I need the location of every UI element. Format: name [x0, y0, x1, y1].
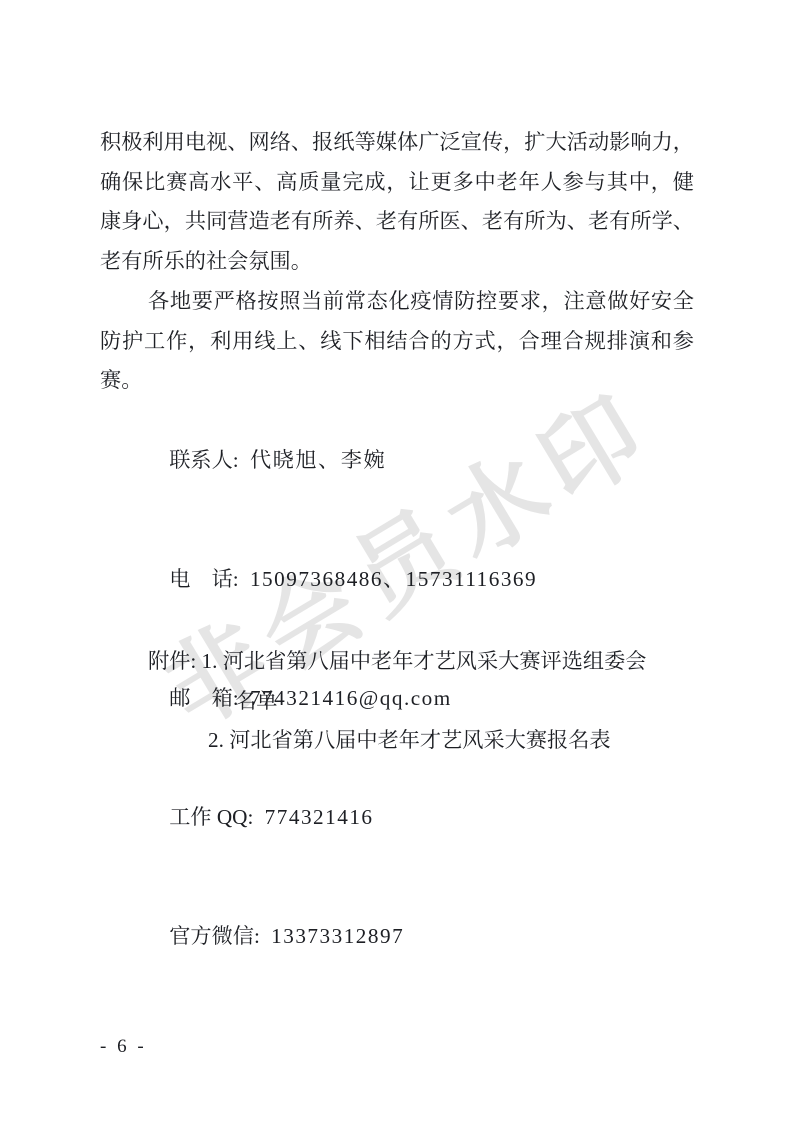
document-body: 积极利用电视、网络、报纸等媒体广泛宣传，扩大活动影响力， 确保比赛高水平、高质量…	[100, 123, 694, 996]
attachment-item-1-continued: 名单	[100, 682, 740, 722]
contact-qq: 工作 QQ: 774321416	[100, 758, 694, 877]
contact-person: 联系人: 代晓旭、李婉	[100, 401, 694, 520]
contact-phone: 电 话: 15097368486、15731116369	[100, 520, 694, 639]
paragraph2-line2: 防护工作，利用线上、线下相结合的方式，合理合规排演和参	[100, 322, 694, 362]
attachments-block: 附件: 1. 河北省第八届中老年才艺风采大赛评选组委会 名单 2. 河北省第八届…	[100, 642, 740, 761]
paragraph2-line3: 赛。	[100, 361, 694, 401]
contact-wechat-label: 官方微信:	[169, 924, 265, 948]
attachment-item-1: 附件: 1. 河北省第八届中老年才艺风采大赛评选组委会	[100, 642, 740, 682]
paragraph1-line4: 老有所乐的社会氛围。	[100, 242, 694, 282]
contact-person-label: 联系人:	[169, 448, 244, 472]
contact-qq-value: 774321416	[265, 805, 374, 829]
contact-wechat-value: 13373312897	[271, 924, 404, 948]
contact-phone-value: 15097368486、15731116369	[250, 567, 537, 591]
paragraph1-line1: 积极利用电视、网络、报纸等媒体广泛宣传，扩大活动影响力，	[100, 123, 694, 163]
contact-wechat: 官方微信: 13373312897	[100, 877, 694, 996]
paragraph2-line1: 各地要严格按照当前常态化疫情防控要求，注意做好安全	[100, 282, 694, 322]
paragraph1-line3: 康身心，共同营造老有所养、老有所医、老有所为、老有所学、	[100, 202, 694, 242]
paragraph1-line2: 确保比赛高水平、高质量完成，让更多中老年人参与其中，健	[100, 163, 694, 203]
contact-phone-label: 电 话:	[169, 567, 244, 591]
contact-person-value: 代晓旭、李婉	[250, 448, 386, 472]
attachment-item-2: 2. 河北省第八届中老年才艺风采大赛报名表	[100, 721, 740, 761]
contact-qq-label: 工作 QQ:	[169, 805, 258, 829]
page-number: - 6 -	[100, 1036, 147, 1058]
